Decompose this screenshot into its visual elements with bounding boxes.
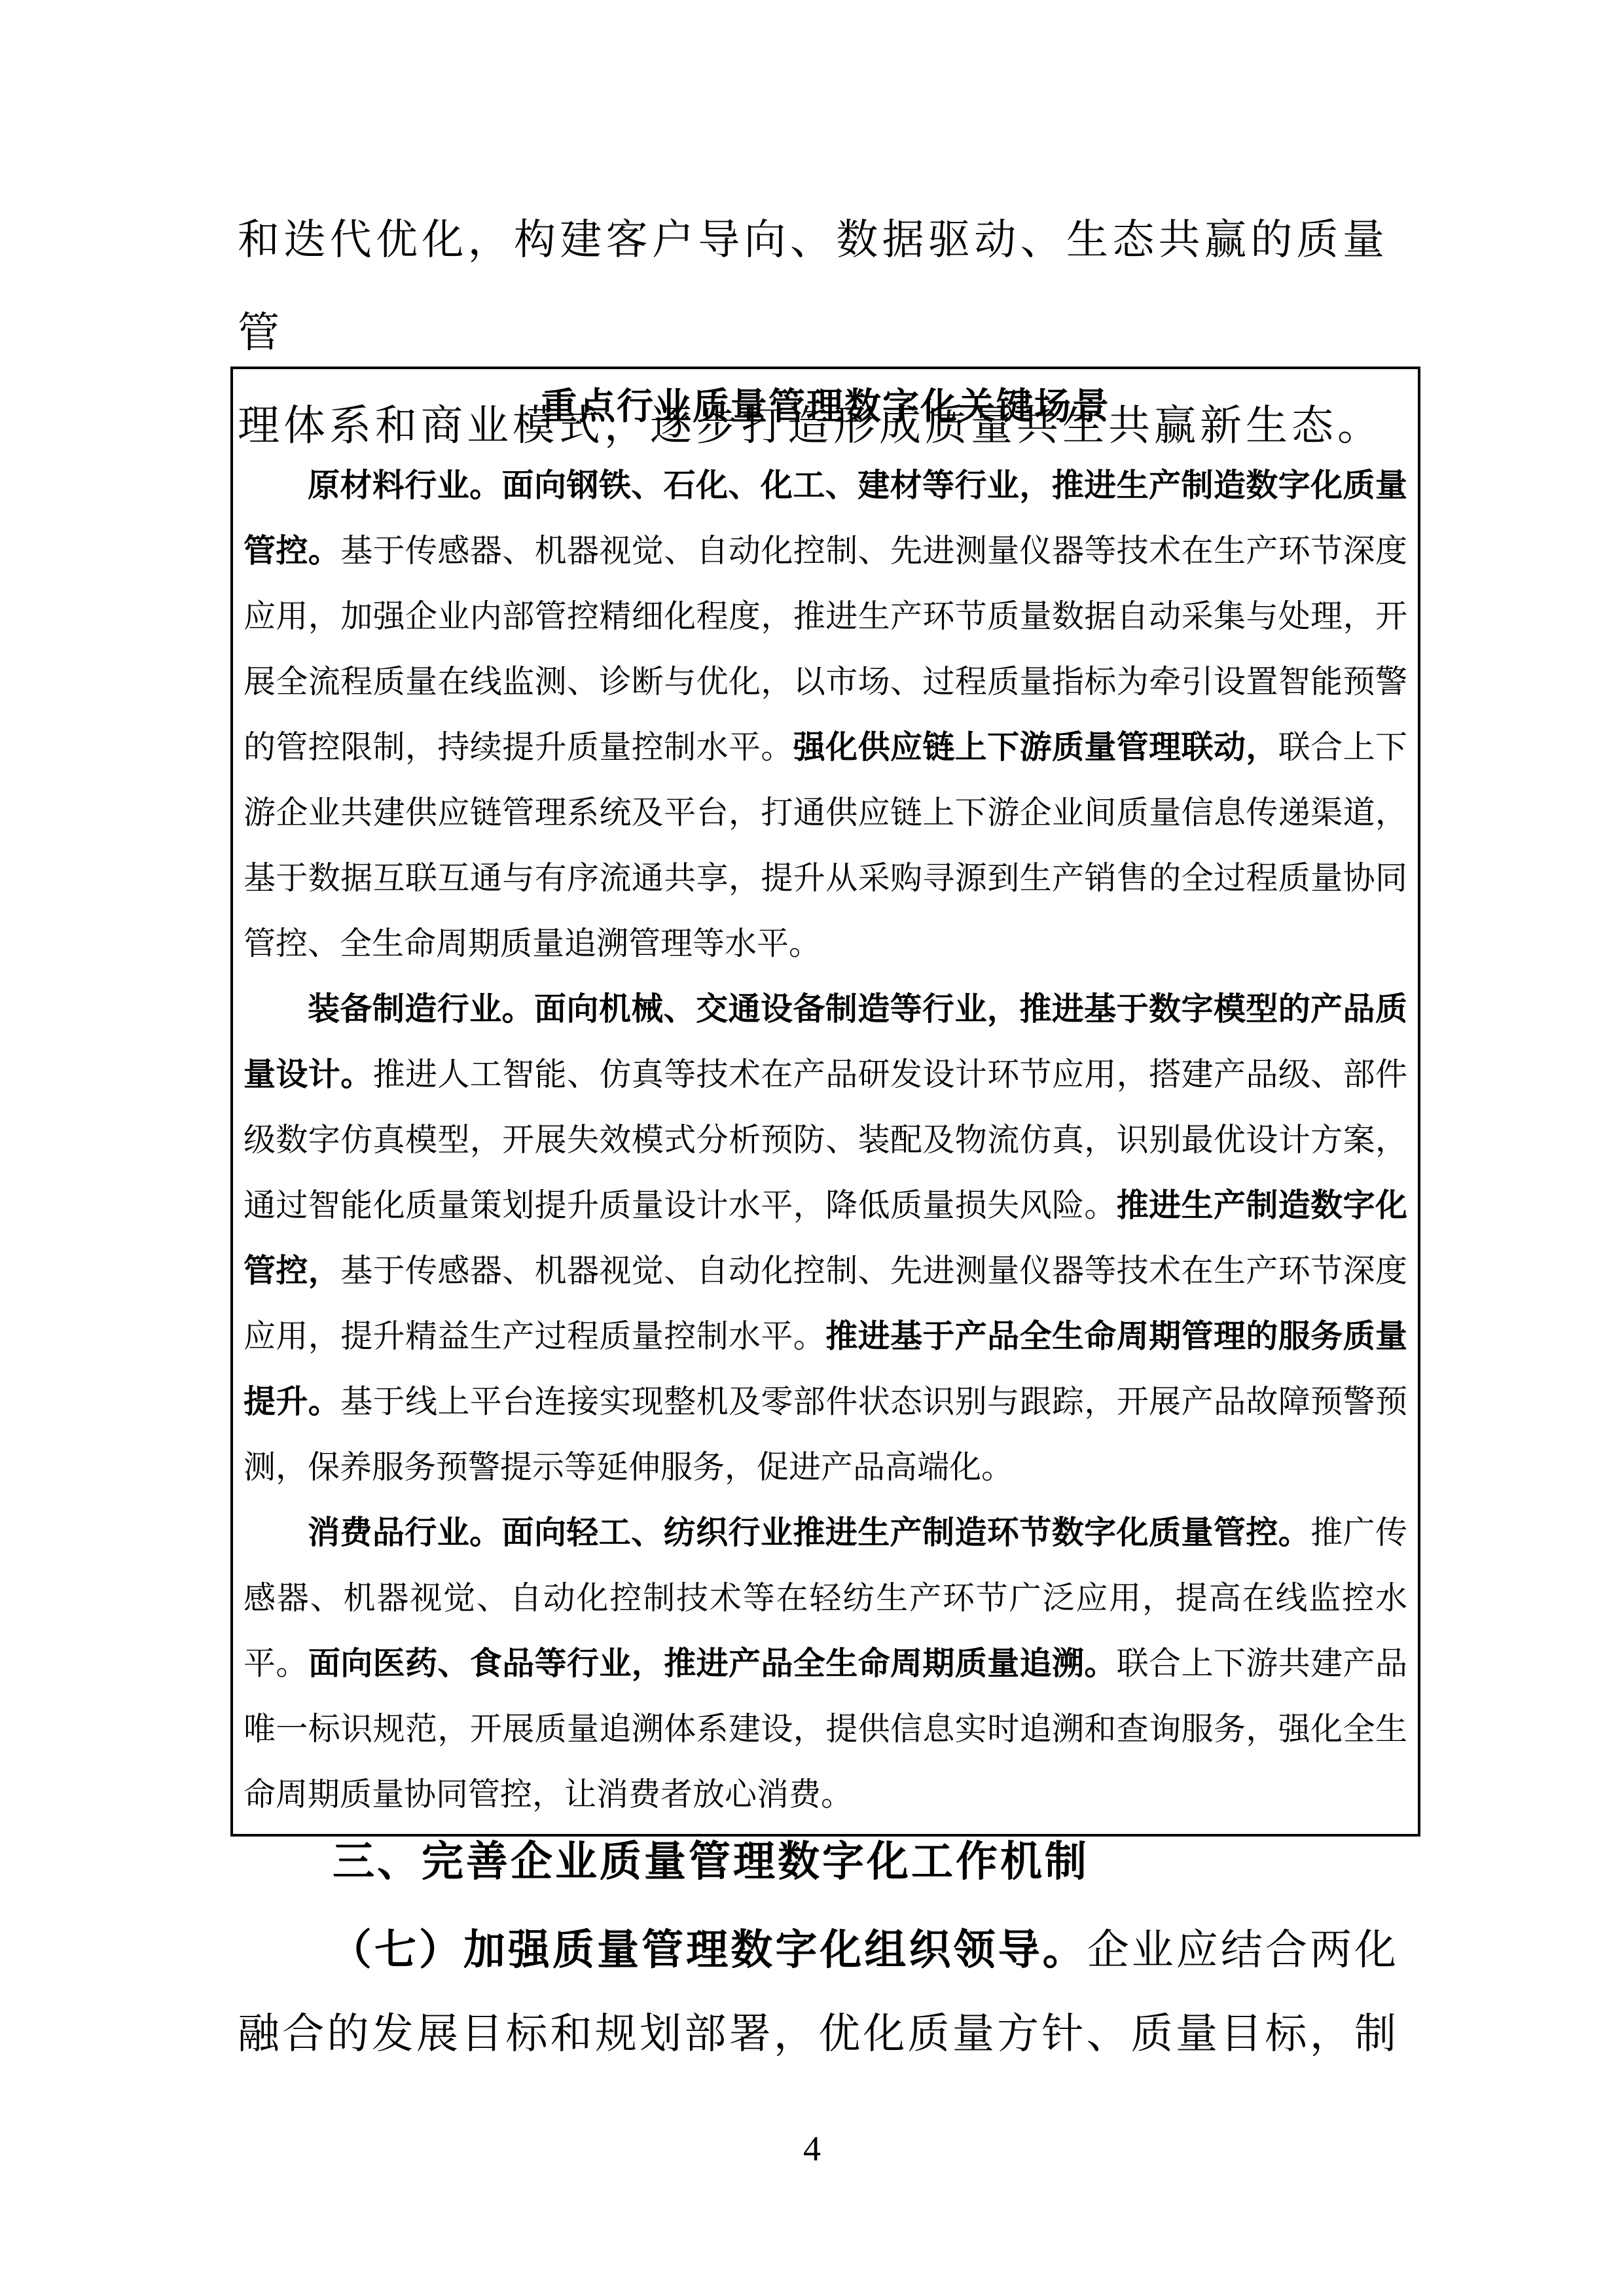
text-run: 基于线上平台连接实现整机及零部件状态识别与跟踪，开展产品故障预警预测，保养服务预… (244, 1384, 1407, 1485)
box-body: 原材料行业。面向钢铁、石化、化工、建材等行业，推进生产制造数字化质量管控。基于传… (244, 453, 1407, 1827)
box-title: 重点行业质量管理数字化关键场景 (244, 376, 1407, 439)
key-scenarios-box: 重点行业质量管理数字化关键场景 原材料行业。面向钢铁、石化、化工、建材等行业，推… (230, 367, 1420, 1837)
bold-run: 面向医药、食品等行业，推进产品全生命周期质量追溯。 (308, 1645, 1117, 1681)
box-paragraph: 消费品行业。面向轻工、纺织行业推进生产制造环节数字化质量管控。推广传感器、机器视… (244, 1500, 1407, 1827)
box-paragraph: 原材料行业。面向钢铁、石化、化工、建材等行业，推进生产制造数字化质量管控。基于传… (244, 453, 1407, 977)
page-number: 4 (0, 2128, 1624, 2169)
box-paragraph: 装备制造行业。面向机械、交通设备制造等行业，推进基于数字模型的产品质量设计。推进… (244, 977, 1407, 1500)
document-page: 和迭代优化，构建客户导向、数据驱动、生态共赢的质量管理体系和商业模式，逐步打造形… (0, 0, 1624, 2296)
bold-run: （七）加强质量管理数字化组织领导。 (330, 1927, 1087, 1973)
bold-run: 消费品行业。面向轻工、纺织行业推进生产制造环节数字化质量管控。 (308, 1515, 1310, 1551)
bold-run: 强化供应链上下游质量管理联动， (793, 729, 1278, 765)
item-7-paragraph: （七）加强质量管理数字化组织领导。企业应结合两化融合的发展目标和规划部署，优化质… (238, 1909, 1398, 2076)
section-heading: 三、完善企业质量管理数字化工作机制 (333, 1826, 1089, 1898)
text-line: 和迭代优化，构建客户导向、数据驱动、生态共赢的质量管 (238, 194, 1388, 380)
